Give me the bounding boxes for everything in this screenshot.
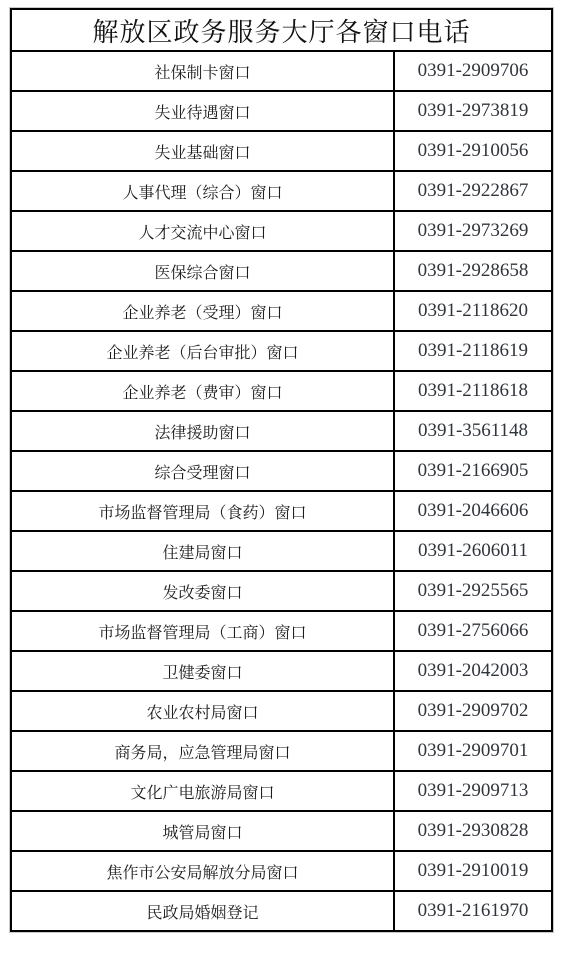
- window-name-cell: 民政局婚姻登记: [11, 891, 394, 931]
- window-name-cell: 人事代理（综合）窗口: [11, 171, 394, 211]
- table-row: 失业待遇窗口0391-2973819: [11, 91, 552, 131]
- phone-number-cell: 0391-2118619: [394, 331, 552, 371]
- phone-number-cell: 0391-2973269: [394, 211, 552, 251]
- table-row: 法律援助窗口0391-3561148: [11, 411, 552, 451]
- window-name-cell: 农业农村局窗口: [11, 691, 394, 731]
- table-row: 综合受理窗口0391-2166905: [11, 451, 552, 491]
- table-title-row: 解放区政务服务大厅各窗口电话: [11, 9, 552, 51]
- window-name-cell: 市场监督管理局（食药）窗口: [11, 491, 394, 531]
- window-name-cell: 卫健委窗口: [11, 651, 394, 691]
- table-row: 企业养老（费审）窗口0391-2118618: [11, 371, 552, 411]
- phone-number-cell: 0391-2118618: [394, 371, 552, 411]
- table-row: 失业基础窗口0391-2910056: [11, 131, 552, 171]
- table-body: 社保制卡窗口0391-2909706失业待遇窗口0391-2973819失业基础…: [11, 51, 552, 931]
- window-name-cell: 医保综合窗口: [11, 251, 394, 291]
- window-name-cell: 企业养老（费审）窗口: [11, 371, 394, 411]
- table-row: 医保综合窗口0391-2928658: [11, 251, 552, 291]
- table-row: 人事代理（综合）窗口0391-2922867: [11, 171, 552, 211]
- phone-number-cell: 0391-2606011: [394, 531, 552, 571]
- window-name-cell: 企业养老（后台审批）窗口: [11, 331, 394, 371]
- phone-number-cell: 0391-2922867: [394, 171, 552, 211]
- phone-number-cell: 0391-2042003: [394, 651, 552, 691]
- phone-number-cell: 0391-2909701: [394, 731, 552, 771]
- table-row: 企业养老（受理）窗口0391-2118620: [11, 291, 552, 331]
- window-name-cell: 发改委窗口: [11, 571, 394, 611]
- table-row: 文化广电旅游局窗口0391-2909713: [11, 771, 552, 811]
- phone-number-cell: 0391-2756066: [394, 611, 552, 651]
- phone-number-cell: 0391-2166905: [394, 451, 552, 491]
- table-row: 民政局婚姻登记0391-2161970: [11, 891, 552, 931]
- window-name-cell: 失业待遇窗口: [11, 91, 394, 131]
- table-row: 发改委窗口0391-2925565: [11, 571, 552, 611]
- table-row: 城管局窗口0391-2930828: [11, 811, 552, 851]
- phone-number-cell: 0391-2046606: [394, 491, 552, 531]
- table-row: 住建局窗口0391-2606011: [11, 531, 552, 571]
- window-name-cell: 住建局窗口: [11, 531, 394, 571]
- window-name-cell: 人才交流中心窗口: [11, 211, 394, 251]
- window-name-cell: 商务局，应急管理局窗口: [11, 731, 394, 771]
- table-row: 商务局，应急管理局窗口0391-2909701: [11, 731, 552, 771]
- table-row: 人才交流中心窗口0391-2973269: [11, 211, 552, 251]
- phone-number-cell: 0391-2909706: [394, 51, 552, 91]
- phone-number-cell: 0391-2118620: [394, 291, 552, 331]
- phone-directory-table: 解放区政务服务大厅各窗口电话 社保制卡窗口0391-2909706失业待遇窗口0…: [10, 8, 553, 932]
- table-row: 卫健委窗口0391-2042003: [11, 651, 552, 691]
- phone-number-cell: 0391-2910056: [394, 131, 552, 171]
- window-name-cell: 市场监督管理局（工商）窗口: [11, 611, 394, 651]
- phone-number-cell: 0391-2910019: [394, 851, 552, 891]
- table-row: 农业农村局窗口0391-2909702: [11, 691, 552, 731]
- phone-number-cell: 0391-2909713: [394, 771, 552, 811]
- table-row: 企业养老（后台审批）窗口0391-2118619: [11, 331, 552, 371]
- document-page: 解放区政务服务大厅各窗口电话 社保制卡窗口0391-2909706失业待遇窗口0…: [0, 0, 572, 954]
- window-name-cell: 法律援助窗口: [11, 411, 394, 451]
- window-name-cell: 城管局窗口: [11, 811, 394, 851]
- phone-number-cell: 0391-2930828: [394, 811, 552, 851]
- table-row: 焦作市公安局解放分局窗口0391-2910019: [11, 851, 552, 891]
- phone-number-cell: 0391-2909702: [394, 691, 552, 731]
- phone-number-cell: 0391-2928658: [394, 251, 552, 291]
- window-name-cell: 社保制卡窗口: [11, 51, 394, 91]
- table-row: 社保制卡窗口0391-2909706: [11, 51, 552, 91]
- phone-number-cell: 0391-2925565: [394, 571, 552, 611]
- phone-number-cell: 0391-3561148: [394, 411, 552, 451]
- table-row: 市场监督管理局（工商）窗口0391-2756066: [11, 611, 552, 651]
- window-name-cell: 文化广电旅游局窗口: [11, 771, 394, 811]
- phone-number-cell: 0391-2973819: [394, 91, 552, 131]
- window-name-cell: 企业养老（受理）窗口: [11, 291, 394, 331]
- table-row: 市场监督管理局（食药）窗口0391-2046606: [11, 491, 552, 531]
- window-name-cell: 综合受理窗口: [11, 451, 394, 491]
- window-name-cell: 失业基础窗口: [11, 131, 394, 171]
- window-name-cell: 焦作市公安局解放分局窗口: [11, 851, 394, 891]
- phone-number-cell: 0391-2161970: [394, 891, 552, 931]
- table-title: 解放区政务服务大厅各窗口电话: [11, 9, 552, 51]
